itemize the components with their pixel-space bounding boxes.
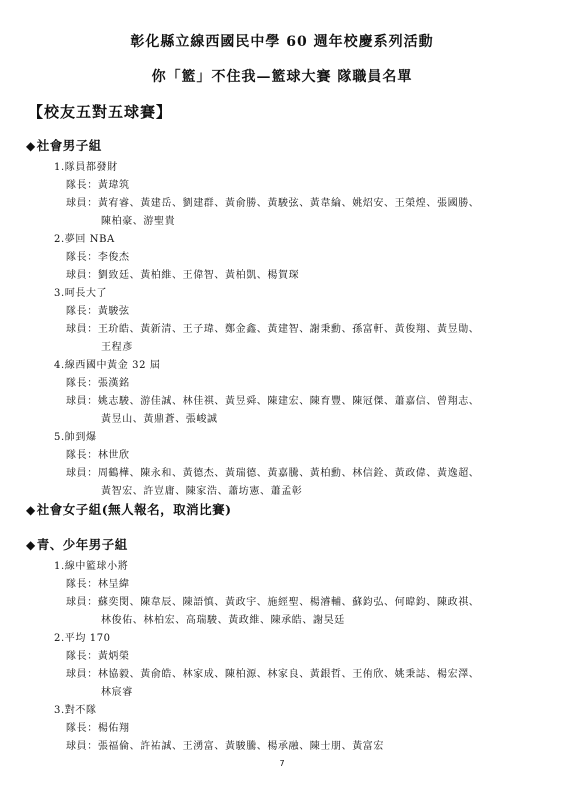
team-name-text: 平均 170 bbox=[65, 633, 111, 644]
captain-line: 隊長：楊佑翔 bbox=[66, 722, 130, 735]
players-label: 球員： bbox=[66, 741, 98, 752]
team-number: 1. bbox=[54, 162, 65, 173]
team-name: 4.線西國中黃金 32 屆 bbox=[54, 359, 160, 372]
team-name: 3.對不隊 bbox=[54, 704, 97, 717]
players-line: 球員：蘇奕閔、陳韋辰、陳語慎、黃政宇、施經聖、楊濬輔、蘇鈞弘、何暐鈞、陳政祺、 bbox=[66, 596, 479, 609]
document-page: 彰化縣立線西國民中學 60 週年校慶系列活動 你「籃」不住我—籃球大賽 隊職員名… bbox=[0, 0, 564, 800]
players-line-continued: 林俊佑、林柏宏、高瑞駿、黃政維、陳承皓、謝昊廷 bbox=[101, 614, 345, 627]
team-name: 2.夢回 NBA bbox=[54, 233, 115, 246]
captain-label: 隊長： bbox=[66, 306, 98, 317]
captain-name: 李俊杰 bbox=[98, 252, 130, 263]
players-list: 蘇奕閔、陳韋辰、陳語慎、黃政宇、施經聖、楊濬輔、蘇鈞弘、何暐鈞、陳政祺、 bbox=[98, 597, 480, 608]
players-list: 王玠皓、黃新清、王子瑋、鄭金鑫、黃建智、謝秉勳、孫富軒、黃俊翔、黃昱勛、 bbox=[98, 324, 480, 335]
team-number: 2. bbox=[54, 234, 65, 245]
players-list: 劉致廷、黃柏維、王偉智、黃柏凱、楊賀琛 bbox=[98, 270, 299, 281]
group-heading-label: 青、少年男子組 bbox=[37, 537, 128, 552]
diamond-bullet-icon: ◆ bbox=[26, 139, 36, 153]
team-name-text: 線西國中黃金 32 屆 bbox=[65, 360, 161, 371]
captain-label: 隊長： bbox=[66, 651, 98, 662]
players-list: 林協毅、黃俞皓、林家成、陳柏源、林家良、黃銀哲、王侑欣、姚秉誌、楊宏澤、 bbox=[98, 669, 480, 680]
team-name-text: 夢回 NBA bbox=[65, 234, 115, 245]
captain-label: 隊長： bbox=[66, 579, 98, 590]
group-heading-label: 社會女子組(無人報名，取消比賽) bbox=[37, 502, 232, 517]
players-list: 黃宥睿、黃建岳、劉建群、黃俞勝、黃駿弦、黃韋綸、姚炤安、王榮煌、張國勝、 bbox=[98, 198, 480, 209]
players-label: 球員： bbox=[66, 597, 98, 608]
players-line: 球員：周鶴樺、陳永和、黃德杰、黃瑞德、黃嘉騰、黃柏勳、林信銓、黃政偉、黃逸超、 bbox=[66, 467, 479, 480]
players-line-continued: 陳柏豪、游聖貴 bbox=[101, 215, 175, 228]
captain-name: 林世欣 bbox=[98, 450, 130, 461]
captain-line: 隊長：張漢銘 bbox=[66, 377, 130, 390]
players-label: 球員： bbox=[66, 324, 98, 335]
captain-name: 張漢銘 bbox=[98, 378, 130, 389]
players-line-continued: 黃智宏、許豈庸、陳家浩、蕭坊憲、蕭孟彰 bbox=[101, 485, 302, 498]
captain-label: 隊長： bbox=[66, 378, 98, 389]
group-heading-adult-men: ◆社會男子組 bbox=[26, 136, 102, 154]
team-name-text: 隊員都發財 bbox=[65, 162, 118, 173]
group-heading-adult-women: ◆社會女子組(無人報名，取消比賽) bbox=[26, 500, 232, 518]
team-number: 4. bbox=[54, 360, 65, 371]
document-subtitle: 你「籃」不住我—籃球大賽 隊職員名單 bbox=[0, 66, 564, 86]
players-line: 球員：黃宥睿、黃建岳、劉建群、黃俞勝、黃駿弦、黃韋綸、姚炤安、王榮煌、張國勝、 bbox=[66, 197, 479, 210]
team-name: 5.帥到爆 bbox=[54, 431, 97, 444]
team-name: 1.隊員都發財 bbox=[54, 161, 118, 174]
captain-line: 隊長：林世欣 bbox=[66, 449, 130, 462]
captain-name: 黃炳榮 bbox=[98, 651, 130, 662]
captain-line: 隊長：李俊杰 bbox=[66, 251, 130, 264]
players-line-continued: 林宸睿 bbox=[101, 686, 133, 699]
captain-name: 黃駿弦 bbox=[98, 306, 130, 317]
players-line: 球員：劉致廷、黃柏維、王偉智、黃柏凱、楊賀琛 bbox=[66, 269, 299, 282]
captain-name: 楊佑翔 bbox=[98, 723, 130, 734]
players-label: 球員： bbox=[66, 198, 98, 209]
captain-label: 隊長： bbox=[66, 180, 98, 191]
captain-name: 林呈緯 bbox=[98, 579, 130, 590]
players-line: 球員：林協毅、黃俞皓、林家成、陳柏源、林家良、黃銀哲、王侑欣、姚秉誌、楊宏澤、 bbox=[66, 668, 479, 681]
players-line-continued: 王程彥 bbox=[101, 341, 133, 354]
players-line: 球員：張福倫、許祐誠、王湧富、黃駿騰、楊承融、陳士朋、黃富宏 bbox=[66, 740, 384, 753]
players-label: 球員： bbox=[66, 468, 98, 479]
captain-line: 隊長：林呈緯 bbox=[66, 578, 130, 591]
captain-label: 隊長： bbox=[66, 252, 98, 263]
players-line: 球員：姚志駿、游佳誠、林佳祺、黃昱舜、陳建宏、陳育豐、陳冠傑、蕭嘉信、曾翔志、 bbox=[66, 395, 479, 408]
diamond-bullet-icon: ◆ bbox=[26, 503, 36, 517]
team-name-text: 呵長大了 bbox=[65, 288, 107, 299]
team-name-text: 線中籃球小將 bbox=[65, 561, 129, 572]
section-heading: 【校友五對五球賽】 bbox=[28, 101, 172, 122]
captain-line: 隊長：黃瑋筑 bbox=[66, 179, 130, 192]
group-heading-youth-men: ◆青、少年男子組 bbox=[26, 535, 128, 553]
players-label: 球員： bbox=[66, 669, 98, 680]
players-line: 球員：王玠皓、黃新清、王子瑋、鄭金鑫、黃建智、謝秉勳、孫富軒、黃俊翔、黃昱勛、 bbox=[66, 323, 479, 336]
players-label: 球員： bbox=[66, 396, 98, 407]
team-name: 1.線中籃球小將 bbox=[54, 560, 128, 573]
captain-name: 黃瑋筑 bbox=[98, 180, 130, 191]
group-heading-label: 社會男子組 bbox=[37, 138, 102, 153]
players-list: 姚志駿、游佳誠、林佳祺、黃昱舜、陳建宏、陳育豐、陳冠傑、蕭嘉信、曾翔志、 bbox=[98, 396, 480, 407]
captain-line: 隊長：黃駿弦 bbox=[66, 305, 130, 318]
players-line-continued: 黃昱山、黃鼎蒼、張峻誠 bbox=[101, 413, 218, 426]
team-name: 3.呵長大了 bbox=[54, 287, 107, 300]
players-list: 周鶴樺、陳永和、黃德杰、黃瑞德、黃嘉騰、黃柏勳、林信銓、黃政偉、黃逸超、 bbox=[98, 468, 480, 479]
team-name: 2.平均 170 bbox=[54, 632, 111, 645]
team-number: 3. bbox=[54, 288, 65, 299]
page-number: 7 bbox=[0, 759, 564, 768]
captain-line: 隊長：黃炳榮 bbox=[66, 650, 130, 663]
players-list: 張福倫、許祐誠、王湧富、黃駿騰、楊承融、陳士朋、黃富宏 bbox=[98, 741, 384, 752]
team-number: 5. bbox=[54, 432, 65, 443]
diamond-bullet-icon: ◆ bbox=[26, 538, 36, 552]
team-name-text: 對不隊 bbox=[65, 705, 97, 716]
captain-label: 隊長： bbox=[66, 450, 98, 461]
captain-label: 隊長： bbox=[66, 723, 98, 734]
team-number: 3. bbox=[54, 705, 65, 716]
team-name-text: 帥到爆 bbox=[65, 432, 97, 443]
team-number: 1. bbox=[54, 561, 65, 572]
team-number: 2. bbox=[54, 633, 65, 644]
players-label: 球員： bbox=[66, 270, 98, 281]
document-title: 彰化縣立線西國民中學 60 週年校慶系列活動 bbox=[0, 31, 564, 51]
